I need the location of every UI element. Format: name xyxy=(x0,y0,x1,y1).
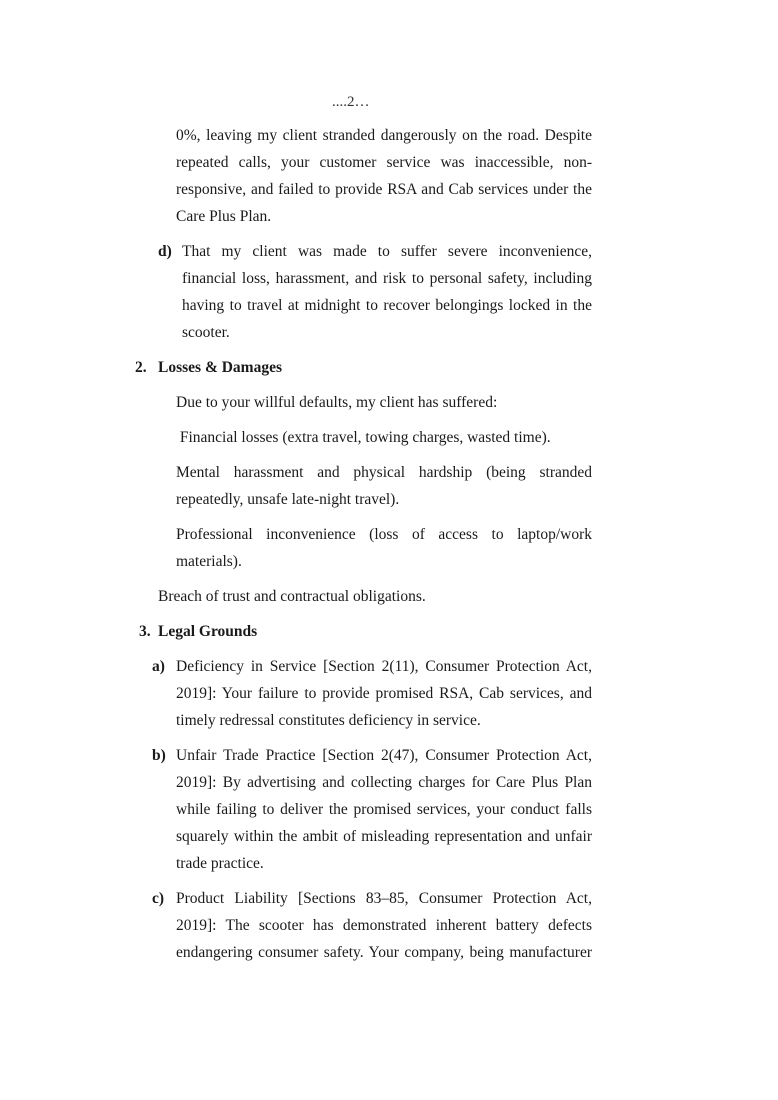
legal-item-a-text: Deficiency in Service [Section 2(11), Co… xyxy=(176,653,592,734)
section-3-heading: 3.Legal Grounds xyxy=(139,618,257,645)
item-d-label: d) xyxy=(158,238,172,265)
legal-item-c-text: Product Liability [Sections 83–85, Consu… xyxy=(176,885,592,966)
section-3-title: Legal Grounds xyxy=(158,623,257,640)
item-d-text: That my client was made to suffer severe… xyxy=(182,238,592,346)
loss-item-financial: Financial losses (extra travel, towing c… xyxy=(176,424,592,451)
loss-item-professional: Professional inconvenience (loss of acce… xyxy=(176,521,592,575)
legal-item-a-label: a) xyxy=(152,653,165,680)
document-page: ....2… 0%, leaving my client stranded da… xyxy=(0,0,778,1100)
section-2-intro: Due to your willful defaults, my client … xyxy=(176,389,592,416)
section-3-number: 3. xyxy=(139,618,158,645)
legal-item-b-label: b) xyxy=(152,742,166,769)
loss-item-mental: Mental harassment and physical hardship … xyxy=(176,459,592,513)
legal-item-c-label: c) xyxy=(152,885,164,912)
section-2-title: Losses & Damages xyxy=(158,359,282,376)
section-2-heading: 2.Losses & Damages xyxy=(135,354,282,381)
continuation-paragraph: 0%, leaving my client stranded dangerous… xyxy=(176,122,592,230)
loss-item-breach: Breach of trust and contractual obligati… xyxy=(158,583,592,610)
legal-item-b-text: Unfair Trade Practice [Section 2(47), Co… xyxy=(176,742,592,877)
page-number-marker: ....2… xyxy=(332,94,370,111)
section-2-number: 2. xyxy=(135,354,158,381)
